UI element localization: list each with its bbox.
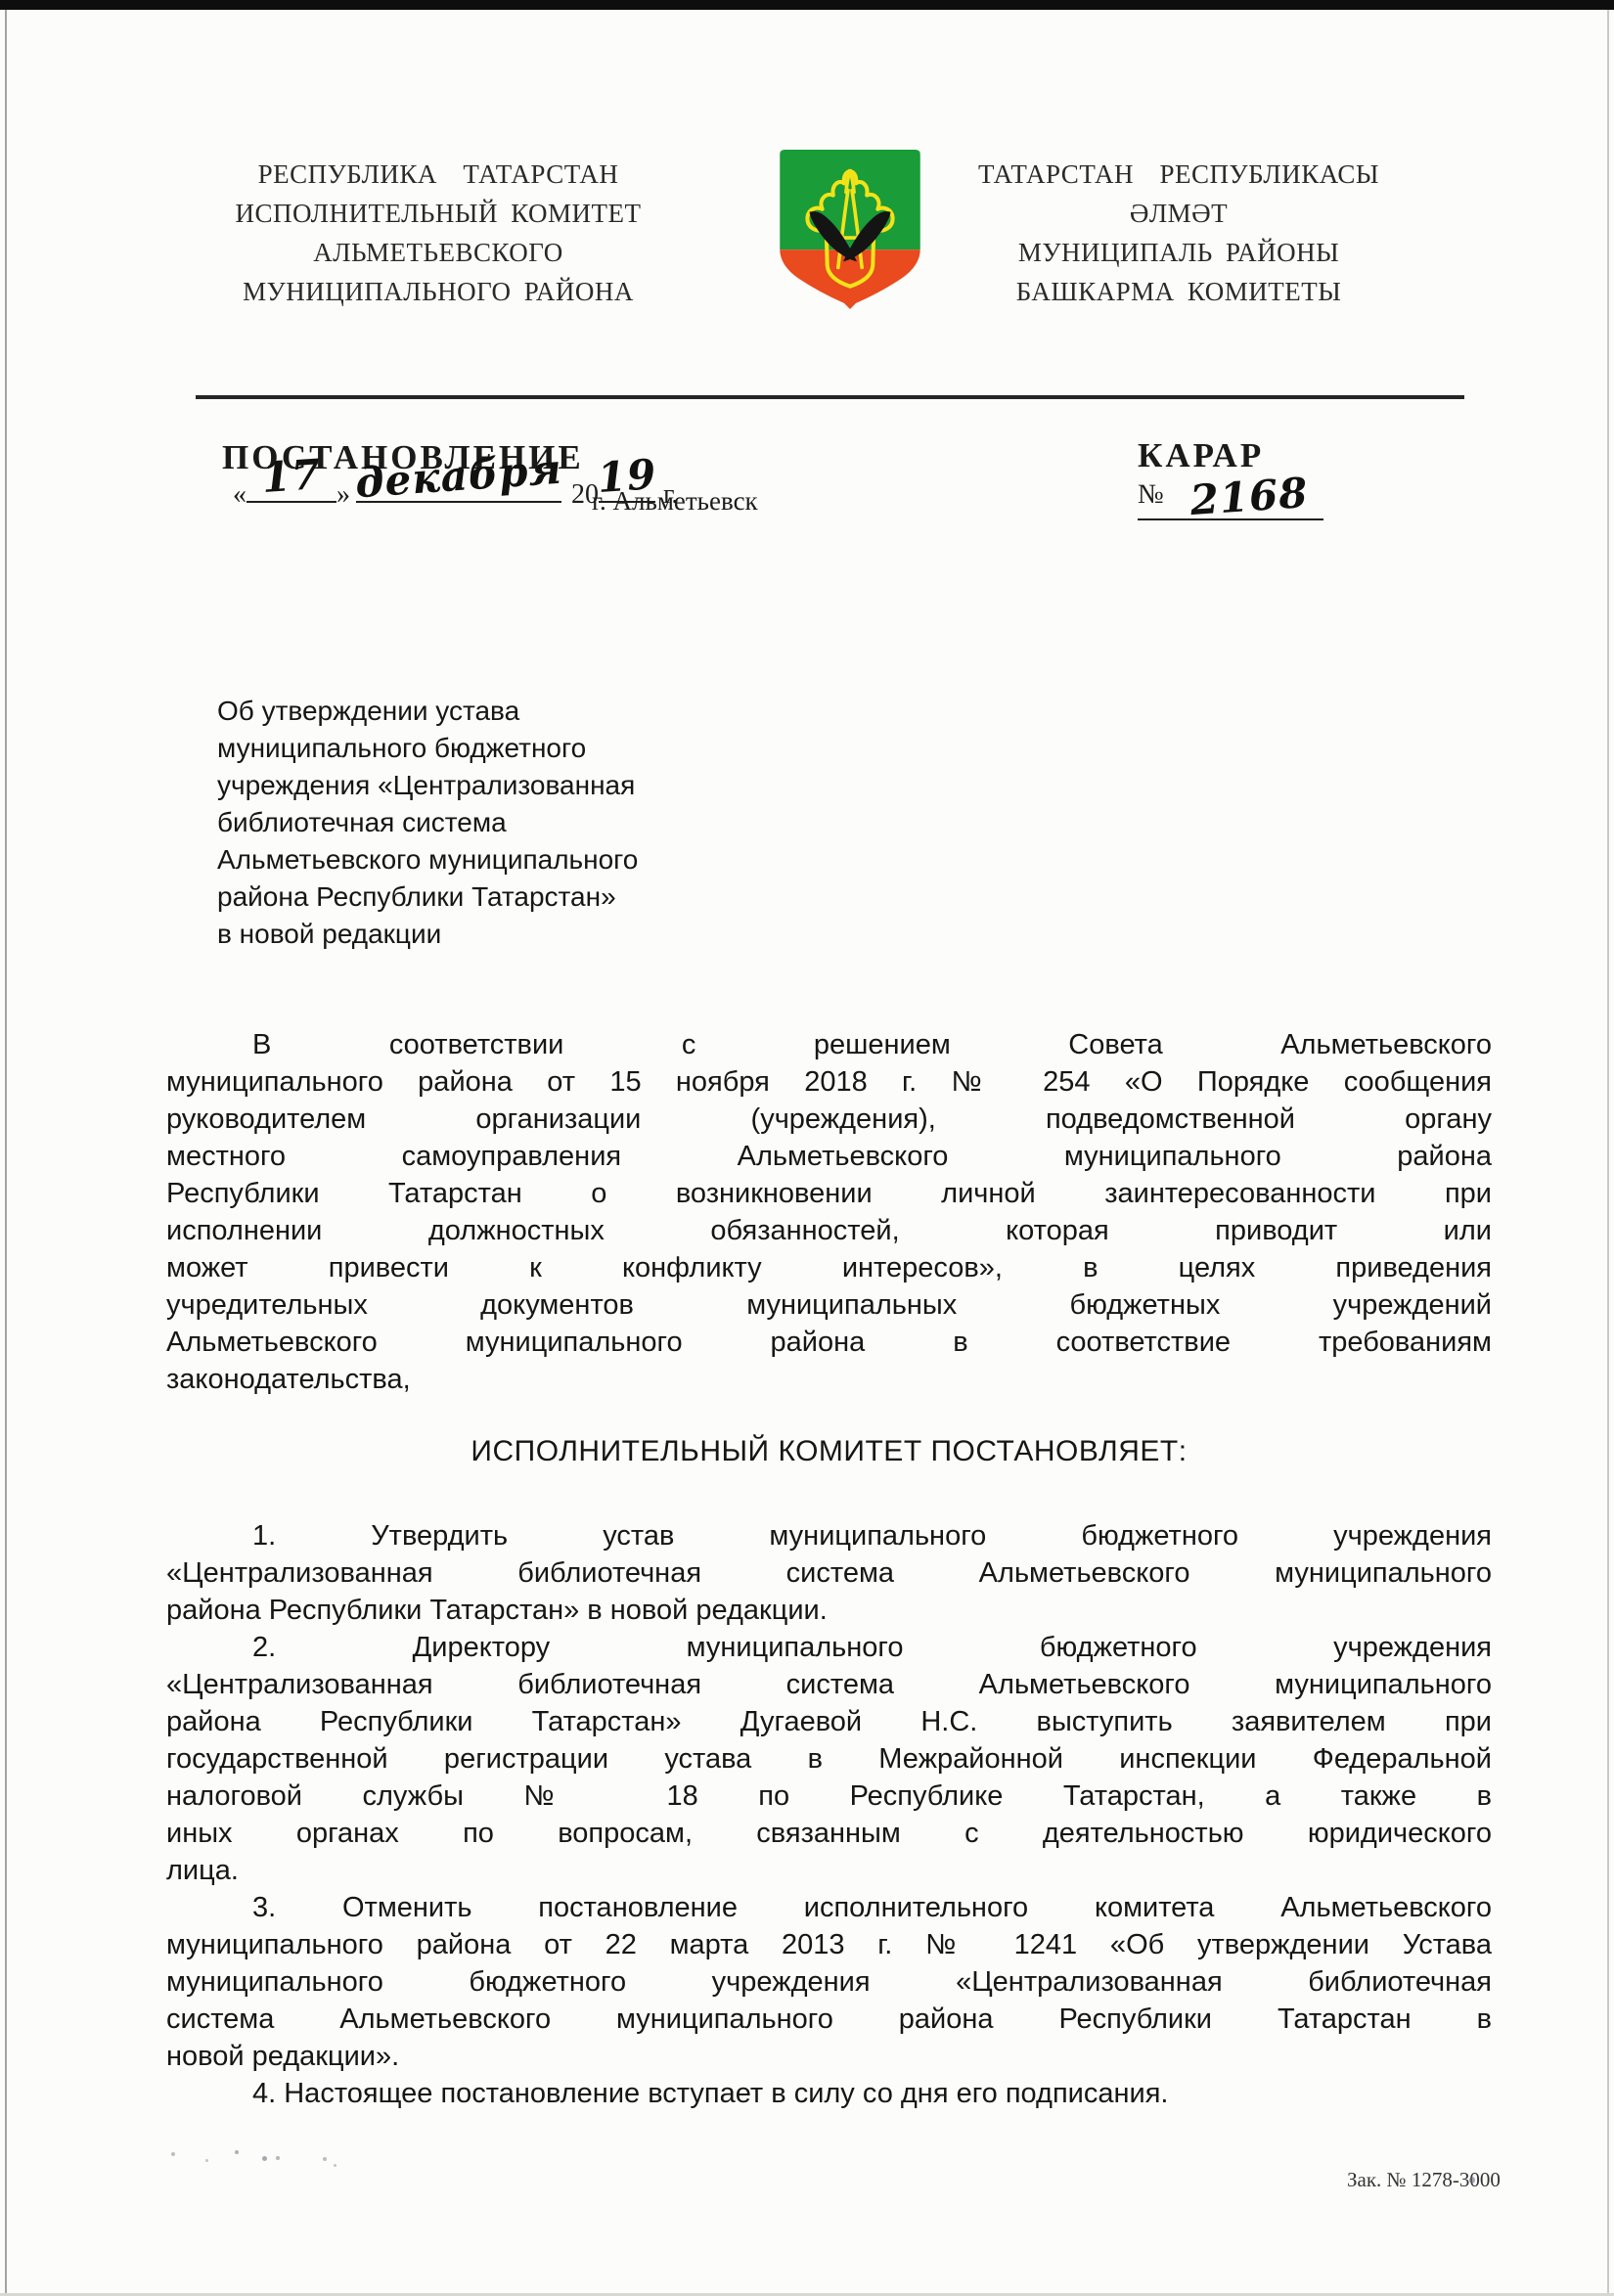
number-sign: №: [1138, 479, 1164, 510]
text-line: В соответствии с решением Совета Альметь…: [166, 1026, 1492, 1063]
text-line: 2. Директору муниципального бюджетного у…: [166, 1629, 1492, 1666]
text-line: муниципального района от 22 марта 2013 г…: [166, 1926, 1492, 1963]
place-label: г. Альметьевск: [592, 486, 758, 517]
text-line: 3. Отменить постановление исполнительног…: [166, 1889, 1492, 1926]
text-line: Республики Татарстан о возникновении лич…: [166, 1175, 1492, 1212]
text-line: муниципального района от 15 ноября 2018 …: [166, 1063, 1492, 1101]
header-divider: [196, 395, 1464, 399]
text-line: новой редакции».: [166, 2038, 1492, 2075]
resolution-item-2: 2. Директору муниципального бюджетного у…: [166, 1629, 1492, 1889]
month-blank: декабря: [356, 496, 561, 503]
text-line: государственной регистрации устава в Меж…: [166, 1740, 1492, 1778]
text-line: лица.: [166, 1852, 1492, 1889]
text-line: района Республики Татарстан» Дугаевой Н.…: [166, 1703, 1492, 1740]
text-line: иных органах по вопросам, связанным с де…: [166, 1815, 1492, 1852]
scan-right-edge: [1607, 10, 1609, 2296]
quote-open: «: [233, 479, 247, 510]
text-line: может привести к конфликту интересов», в…: [166, 1249, 1492, 1286]
scanned-decree-page: РЕСПУБЛИКА ТАТАРСТАН ИСПОЛНИТЕЛЬНЫЙ КОМИ…: [0, 0, 1614, 2296]
text-line: «Централизованная библиотечная система А…: [166, 1554, 1492, 1592]
text-line: законодательства,: [166, 1361, 1492, 1398]
org-name-tatar: ТАТАРСТАН РЕСПУБЛИКАСЫ ӘЛМӘТ МУНИЦИПАЛЬ …: [978, 155, 1379, 311]
doc-body: В соответствии с решением Совета Альметь…: [166, 1026, 1492, 2112]
number-blank: №2168: [1138, 479, 1323, 520]
scan-left-edge: [5, 10, 7, 2296]
resolution-heading: ИСПОЛНИТЕЛЬНЫЙ КОМИТЕТ ПОСТАНОВЛЯЕТ:: [166, 1433, 1492, 1470]
text-line: 4. Настоящее постановление вступает в си…: [166, 2075, 1492, 2112]
shield-green-field: [776, 147, 924, 249]
text-line: местного самоуправления Альметьевского м…: [166, 1138, 1492, 1175]
text-line: система Альметьевского муниципального ра…: [166, 2001, 1492, 2038]
text-line: 1. Утвердить устав муниципального бюджет…: [166, 1517, 1492, 1554]
scan-top-edge: [0, 0, 1614, 10]
text-line: муниципального бюджетного учреждения «Це…: [166, 1963, 1492, 2001]
resolution-item-4: 4. Настоящее постановление вступает в си…: [166, 2075, 1492, 2112]
quote-close: »: [336, 479, 350, 510]
day-handwritten: 17: [260, 450, 323, 502]
print-order-note: Зак. № 1278-3000: [1347, 2168, 1501, 2192]
doc-number-line: №2168: [1138, 479, 1323, 520]
doc-type-label-tt: КАРАР: [1138, 436, 1264, 475]
text-line: Альметьевского муниципального района в с…: [166, 1324, 1492, 1361]
text-line: руководителем организации (учреждения), …: [166, 1101, 1492, 1138]
text-line: учредительных документов муниципальных б…: [166, 1286, 1492, 1324]
resolution-item-3: 3. Отменить постановление исполнительног…: [166, 1889, 1492, 2075]
text-line: налоговой службы № 18 по Республике Тата…: [166, 1778, 1492, 1815]
doc-title: Об утверждении устава муниципального бюд…: [217, 693, 638, 953]
coat-of-arms-icon: [776, 147, 924, 311]
text-line: исполнении должностных обязанностей, кот…: [166, 1212, 1492, 1249]
org-name-russian: РЕСПУБЛИКА ТАТАРСТАН ИСПОЛНИТЕЛЬНЫЙ КОМИ…: [235, 155, 641, 311]
text-line: района Республики Татарстан» в новой ред…: [166, 1592, 1492, 1629]
number-handwritten: 2168: [1188, 469, 1310, 524]
resolution-item-1: 1. Утвердить устав муниципального бюджет…: [166, 1517, 1492, 1629]
day-blank: 17: [247, 496, 336, 503]
text-line: «Централизованная библиотечная система А…: [166, 1666, 1492, 1703]
